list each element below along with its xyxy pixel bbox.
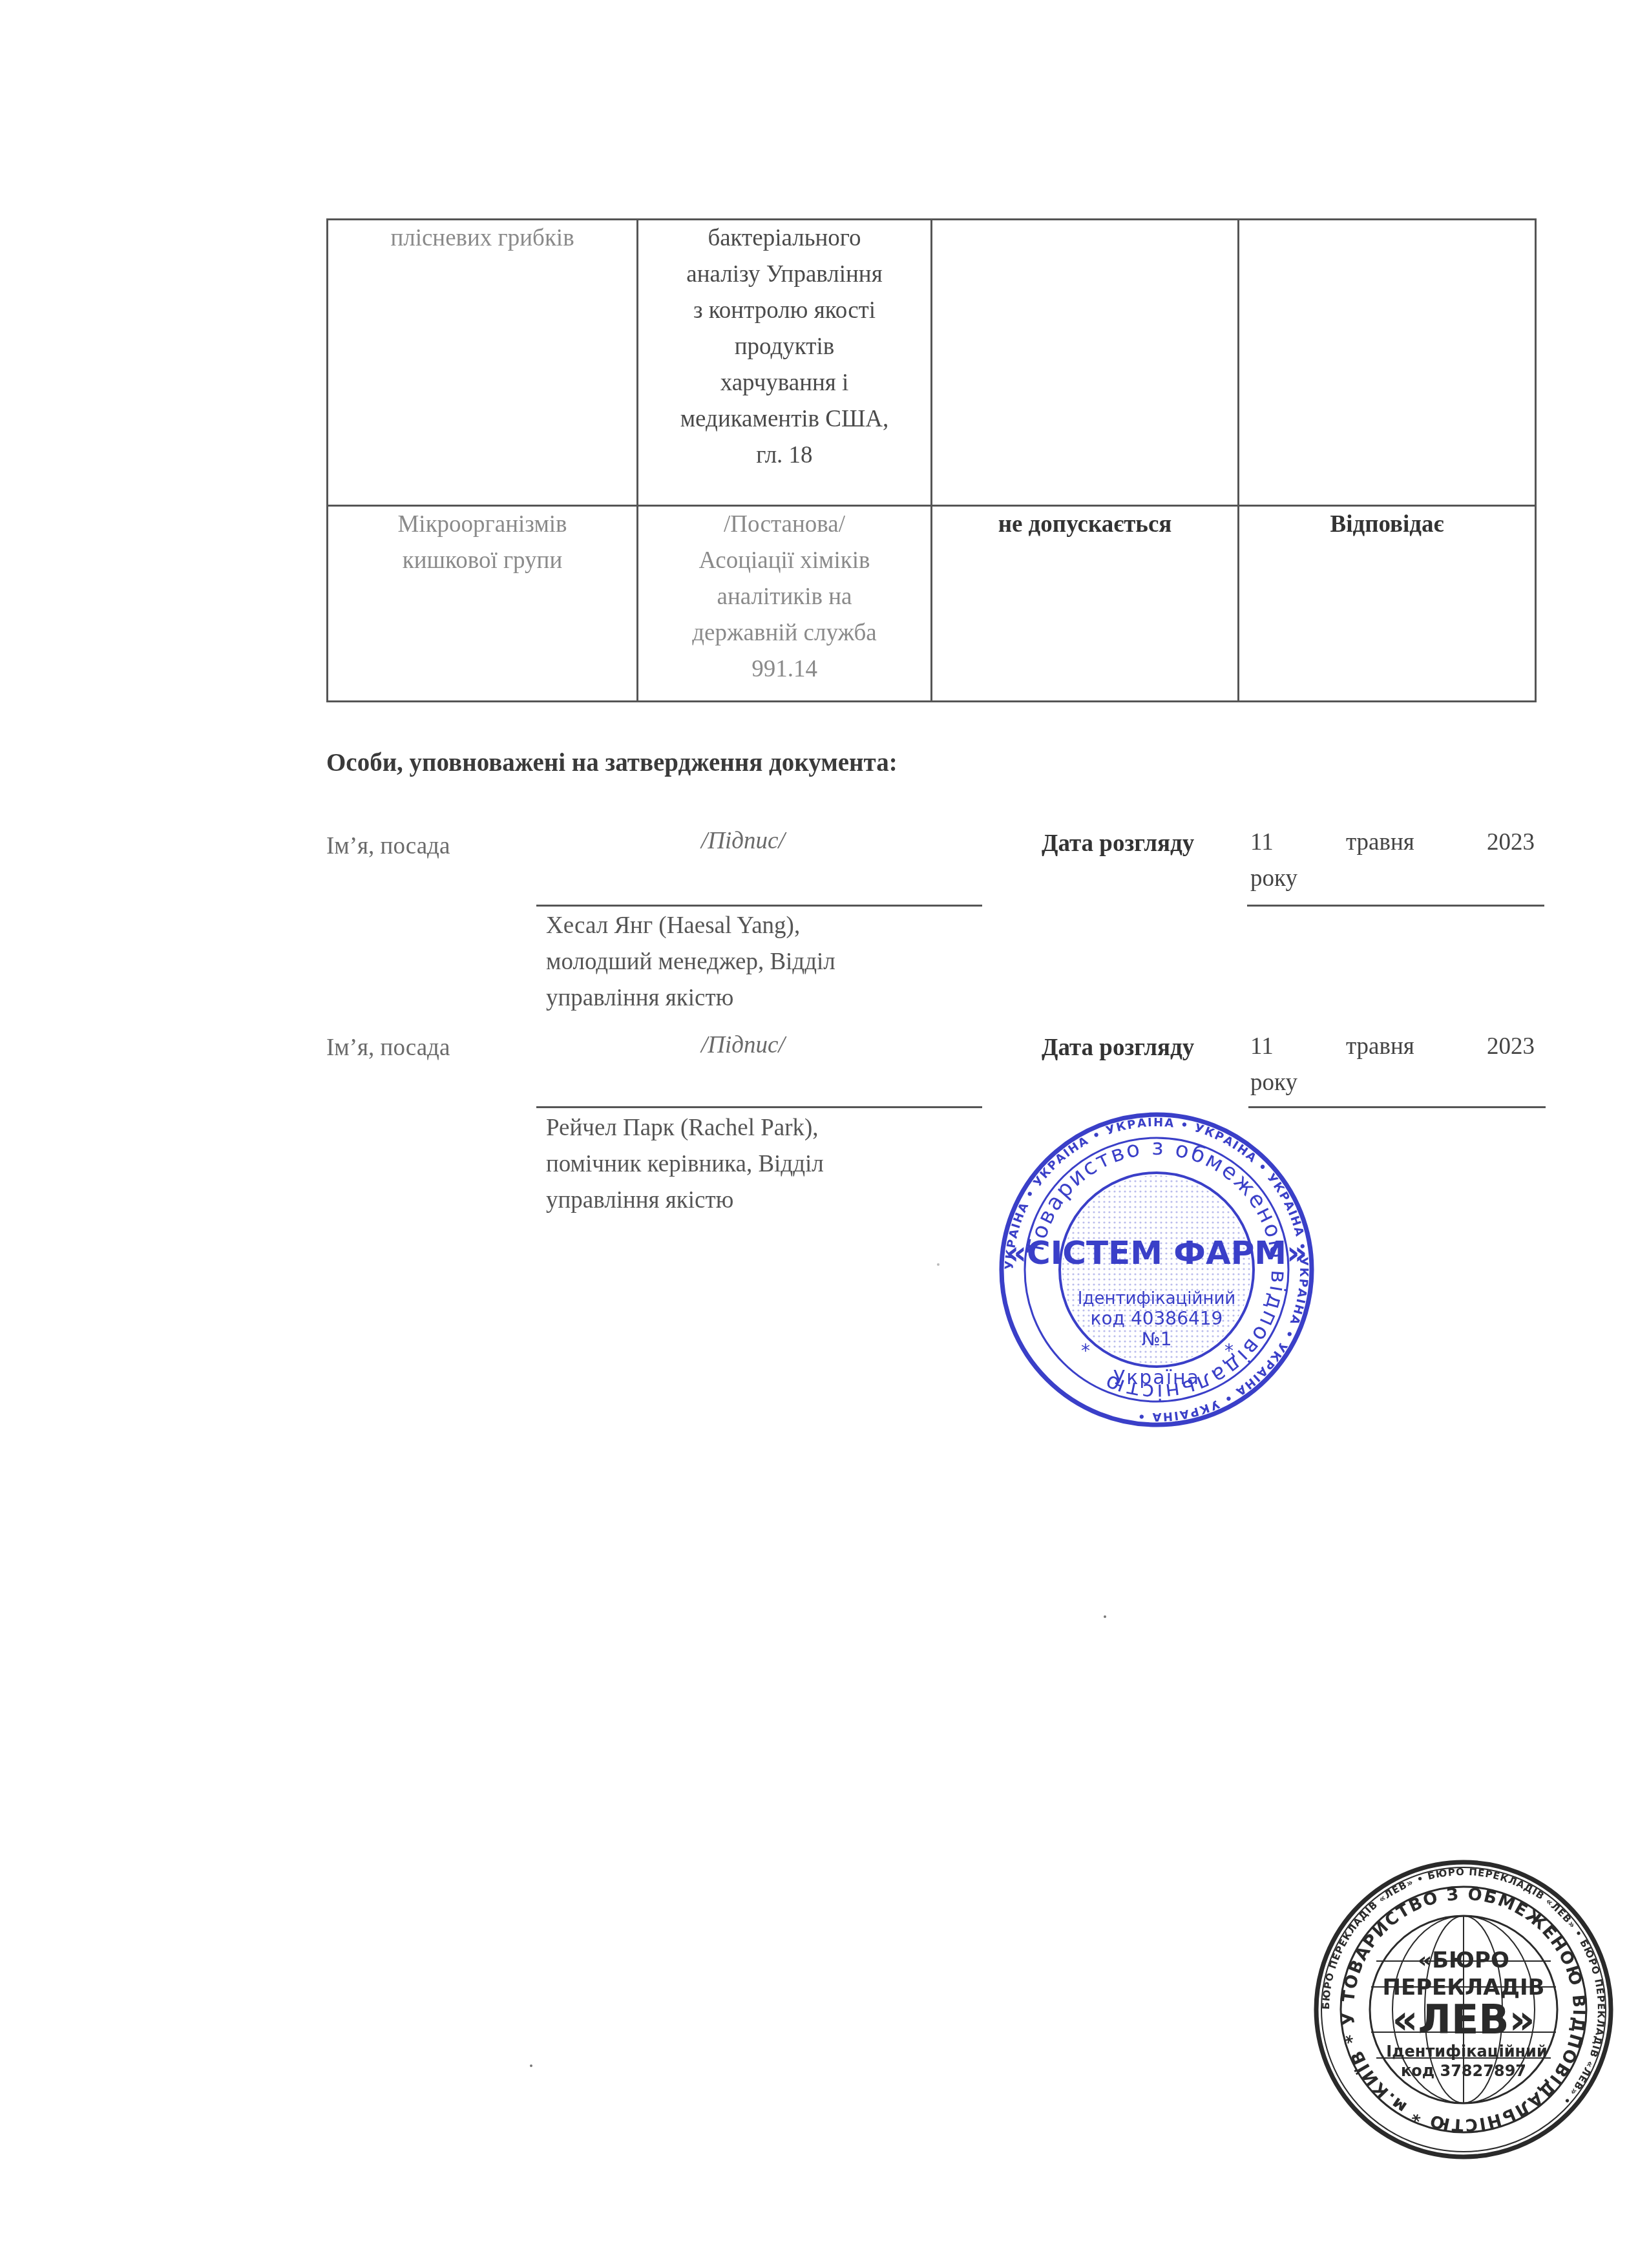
translator-seal-stamp: БЮРО ПЕРЕКЛАДІВ «ЛЕВ» • БЮРО ПЕРЕКЛАДІВ …	[1312, 1858, 1615, 2161]
svg-text:«БЮРО: «БЮРО	[1418, 1948, 1509, 1973]
date-line	[1247, 905, 1544, 907]
scan-speck	[1104, 1615, 1106, 1618]
scan-speck	[937, 1263, 940, 1266]
signature-placeholder: /Підпис/	[701, 1031, 785, 1059]
cell-norm: не допускається	[932, 506, 1239, 702]
cell-indicator: плісневих грибків	[328, 220, 638, 506]
svg-text:Ідентифікаційний: Ідентифікаційний	[1078, 1289, 1235, 1308]
svg-text:Ідентифікаційний: Ідентифікаційний	[1386, 2042, 1547, 2061]
translator-seal-icon: БЮРО ПЕРЕКЛАДІВ «ЛЕВ» • БЮРО ПЕРЕКЛАДІВ …	[1312, 1858, 1615, 2161]
approver-name-title: Хесал Янг (Haesal Yang), молодший менедж…	[546, 908, 998, 1016]
cell-method: /Постанова/ Асоціації хіміків аналітиків…	[638, 506, 932, 702]
name-position-label: Ім’я, посада	[326, 832, 450, 860]
cell-result: Відповідає	[1239, 506, 1536, 702]
svg-text:*: *	[1224, 1340, 1234, 1361]
cell-result	[1239, 220, 1536, 506]
signature-placeholder: /Підпис/	[701, 827, 785, 855]
svg-text:*: *	[1081, 1340, 1090, 1361]
svg-text:№1: №1	[1142, 1328, 1172, 1350]
review-date-value: 11 травня 2023 року	[1250, 824, 1535, 897]
svg-text:Україна: Україна	[1113, 1367, 1200, 1389]
approver-name-title: Рейчел Парк (Rachel Park), помічник кері…	[546, 1110, 998, 1219]
cell-norm	[932, 220, 1239, 506]
document-page: плісневих грибків бактеріального аналізу…	[0, 0, 1649, 2268]
scan-speck	[530, 2064, 532, 2067]
svg-text:код 40386419: код 40386419	[1091, 1308, 1223, 1329]
svg-text:«СІСТЕМ ФАРМ»: «СІСТЕМ ФАРМ»	[1006, 1234, 1308, 1272]
company-seal-icon: УКРАЇНА • УКРАЇНА • УКРАЇНА • УКРАЇНА • …	[998, 1111, 1315, 1428]
signature-line	[536, 1106, 982, 1108]
review-date-label: Дата розгляду	[1042, 830, 1194, 857]
name-position-label: Ім’я, посада	[326, 1034, 450, 1062]
table-row: плісневих грибків бактеріального аналізу…	[328, 220, 1536, 506]
spec-table: плісневих грибків бактеріального аналізу…	[326, 218, 1537, 702]
svg-text:«ЛЕВ»: «ЛЕВ»	[1392, 1996, 1535, 2043]
review-date-value: 11 травня 2023 року	[1250, 1029, 1535, 1101]
company-seal-stamp: УКРАЇНА • УКРАЇНА • УКРАЇНА • УКРАЇНА • …	[998, 1111, 1315, 1428]
approvers-heading: Особи, уповноважені на затвердження доку…	[326, 748, 898, 777]
cell-method: бактеріального аналізу Управління з конт…	[638, 220, 932, 506]
cell-indicator: Мікроорганізмів кишкової групи	[328, 506, 638, 702]
table-row: Мікроорганізмів кишкової групи /Постанов…	[328, 506, 1536, 702]
svg-text:код 37827897: код 37827897	[1401, 2062, 1526, 2080]
date-line	[1248, 1106, 1546, 1108]
signature-line	[536, 905, 982, 907]
review-date-label: Дата розгляду	[1042, 1034, 1194, 1062]
